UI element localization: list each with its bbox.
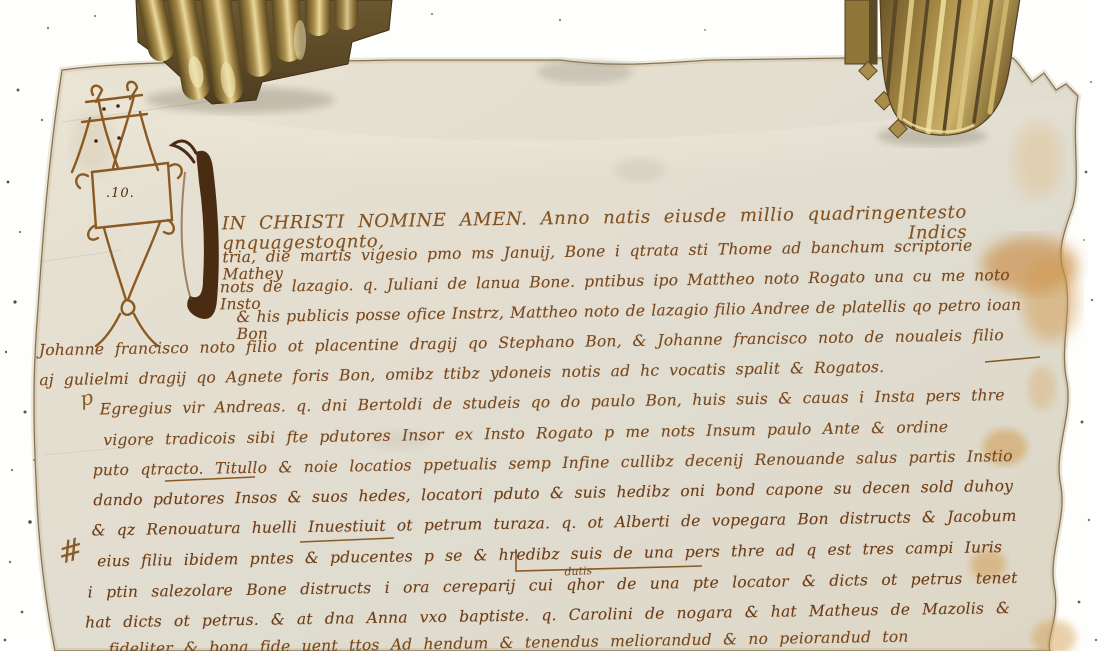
notary-sign-label: .10. — [106, 186, 135, 201]
manuscript-photo-svg — [0, 0, 1100, 651]
hash-margin-mark: # — [56, 531, 85, 573]
manuscript-scan: IN CHRISTI NOMINE AMEN. Anno natis eiusd… — [0, 0, 1100, 651]
